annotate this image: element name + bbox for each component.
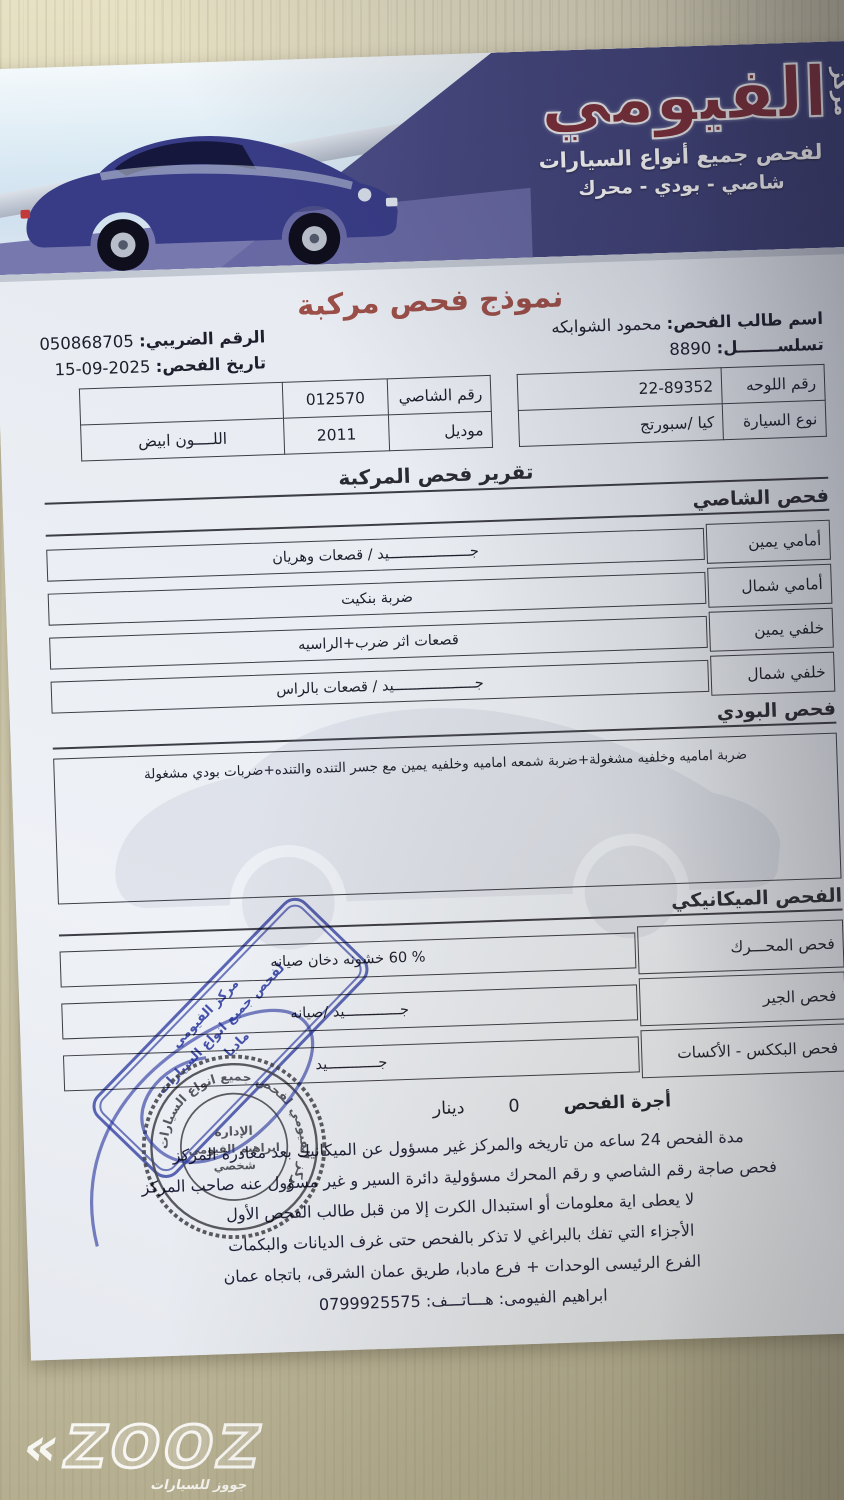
model-label: موديل: [388, 411, 492, 450]
brand-block: مركز الفيومي لفحص جميع أنواع السيارات شا…: [502, 45, 844, 203]
serial-line: تسلســـــــل: 8890: [552, 335, 824, 363]
plate-table: رقم اللوحه 22-89352 نوع السيارة كيا /سبو…: [517, 364, 827, 447]
zooz-logo-text: ZOOZ: [59, 1418, 270, 1476]
date-value: 15-09-2025: [54, 357, 150, 379]
signature-squiggle: [62, 936, 413, 1287]
chassis-info-table: رقم الشاصي 012570 موديل 2011 اللــــون ا…: [79, 375, 493, 462]
brand-prefix: مركز: [828, 45, 844, 138]
requester-value: محمود الشوابكه: [551, 314, 662, 337]
info-left-column: الرقم الضريبي: 050868705 تاريخ الفحص: 15…: [39, 327, 266, 379]
position-label: خلفي يمين: [709, 608, 834, 652]
position-label: أمامي شمال: [707, 564, 832, 608]
date-line: تاريخ الفحص: 15-09-2025: [40, 353, 266, 379]
fee-label: أجرة الفحص: [563, 1091, 671, 1115]
plate-label: رقم اللوحه: [721, 364, 825, 403]
car-illustration: [6, 100, 413, 276]
vehicle-type-value: كيا /سبورتج: [518, 404, 723, 447]
model-value: 2011: [283, 415, 389, 454]
zooz-watermark: « ZOOZ جووز للسيارات: [14, 1418, 270, 1493]
zooz-chevron-icon: «: [18, 1420, 64, 1474]
body-inspection-box: ضربة اماميه وخلفيه مشغولة+ضربة شمعه امام…: [53, 733, 841, 905]
position-label: خلفي شمال: [710, 652, 835, 696]
check-label: فحص البككس - الأكسات: [640, 1023, 844, 1078]
brand-name: الفيومي: [539, 50, 829, 143]
tax-label: الرقم الضريبي:: [139, 327, 266, 350]
tax-value: 050868705: [39, 332, 134, 354]
color-value: اللــــون ابيض: [81, 418, 285, 461]
chassis-inspection-table: أمامي يمين جـــــــــــــــــــيد / قصعا…: [46, 520, 835, 718]
inspection-form-paper: مركز الفيومي لفحص جميع أنواع السيارات شا…: [0, 41, 844, 1361]
serial-label: تسلســـــــل:: [716, 335, 824, 358]
serial-value: 8890: [669, 339, 712, 359]
position-label: أمامي يمين: [706, 520, 831, 564]
vehicle-type-label: نوع السيارة: [722, 400, 826, 439]
chassis-number-value: 012570: [282, 379, 388, 418]
chassis-number-label: رقم الشاصي: [387, 375, 491, 414]
requester-line: اسم طالب الفحص: محمود الشوابكه: [551, 309, 823, 337]
info-right-column: اسم طالب الفحص: محمود الشوابكه تسلســـــ…: [551, 309, 824, 363]
inspection-stamp: مركز الفيومي لفحص جميع انواع السيارات ما…: [62, 936, 413, 1287]
check-label: فحص الجير: [639, 971, 844, 1026]
date-label: تاريخ الفحص:: [155, 353, 266, 376]
header-banner: مركز الفيومي لفحص جميع أنواع السيارات شا…: [0, 41, 844, 283]
fee-unit: دينار: [432, 1098, 464, 1119]
body-inspection-text: ضربة اماميه وخلفيه مشغولة+ضربة شمعه امام…: [144, 747, 748, 783]
requester-label: اسم طالب الفحص:: [666, 309, 823, 333]
fee-value: 0: [508, 1096, 520, 1116]
vehicle-tables: رقم اللوحه 22-89352 نوع السيارة كيا /سبو…: [41, 364, 827, 463]
tax-line: الرقم الضريبي: 050868705: [39, 327, 265, 353]
check-label: فحص المحـــرك: [637, 920, 844, 975]
